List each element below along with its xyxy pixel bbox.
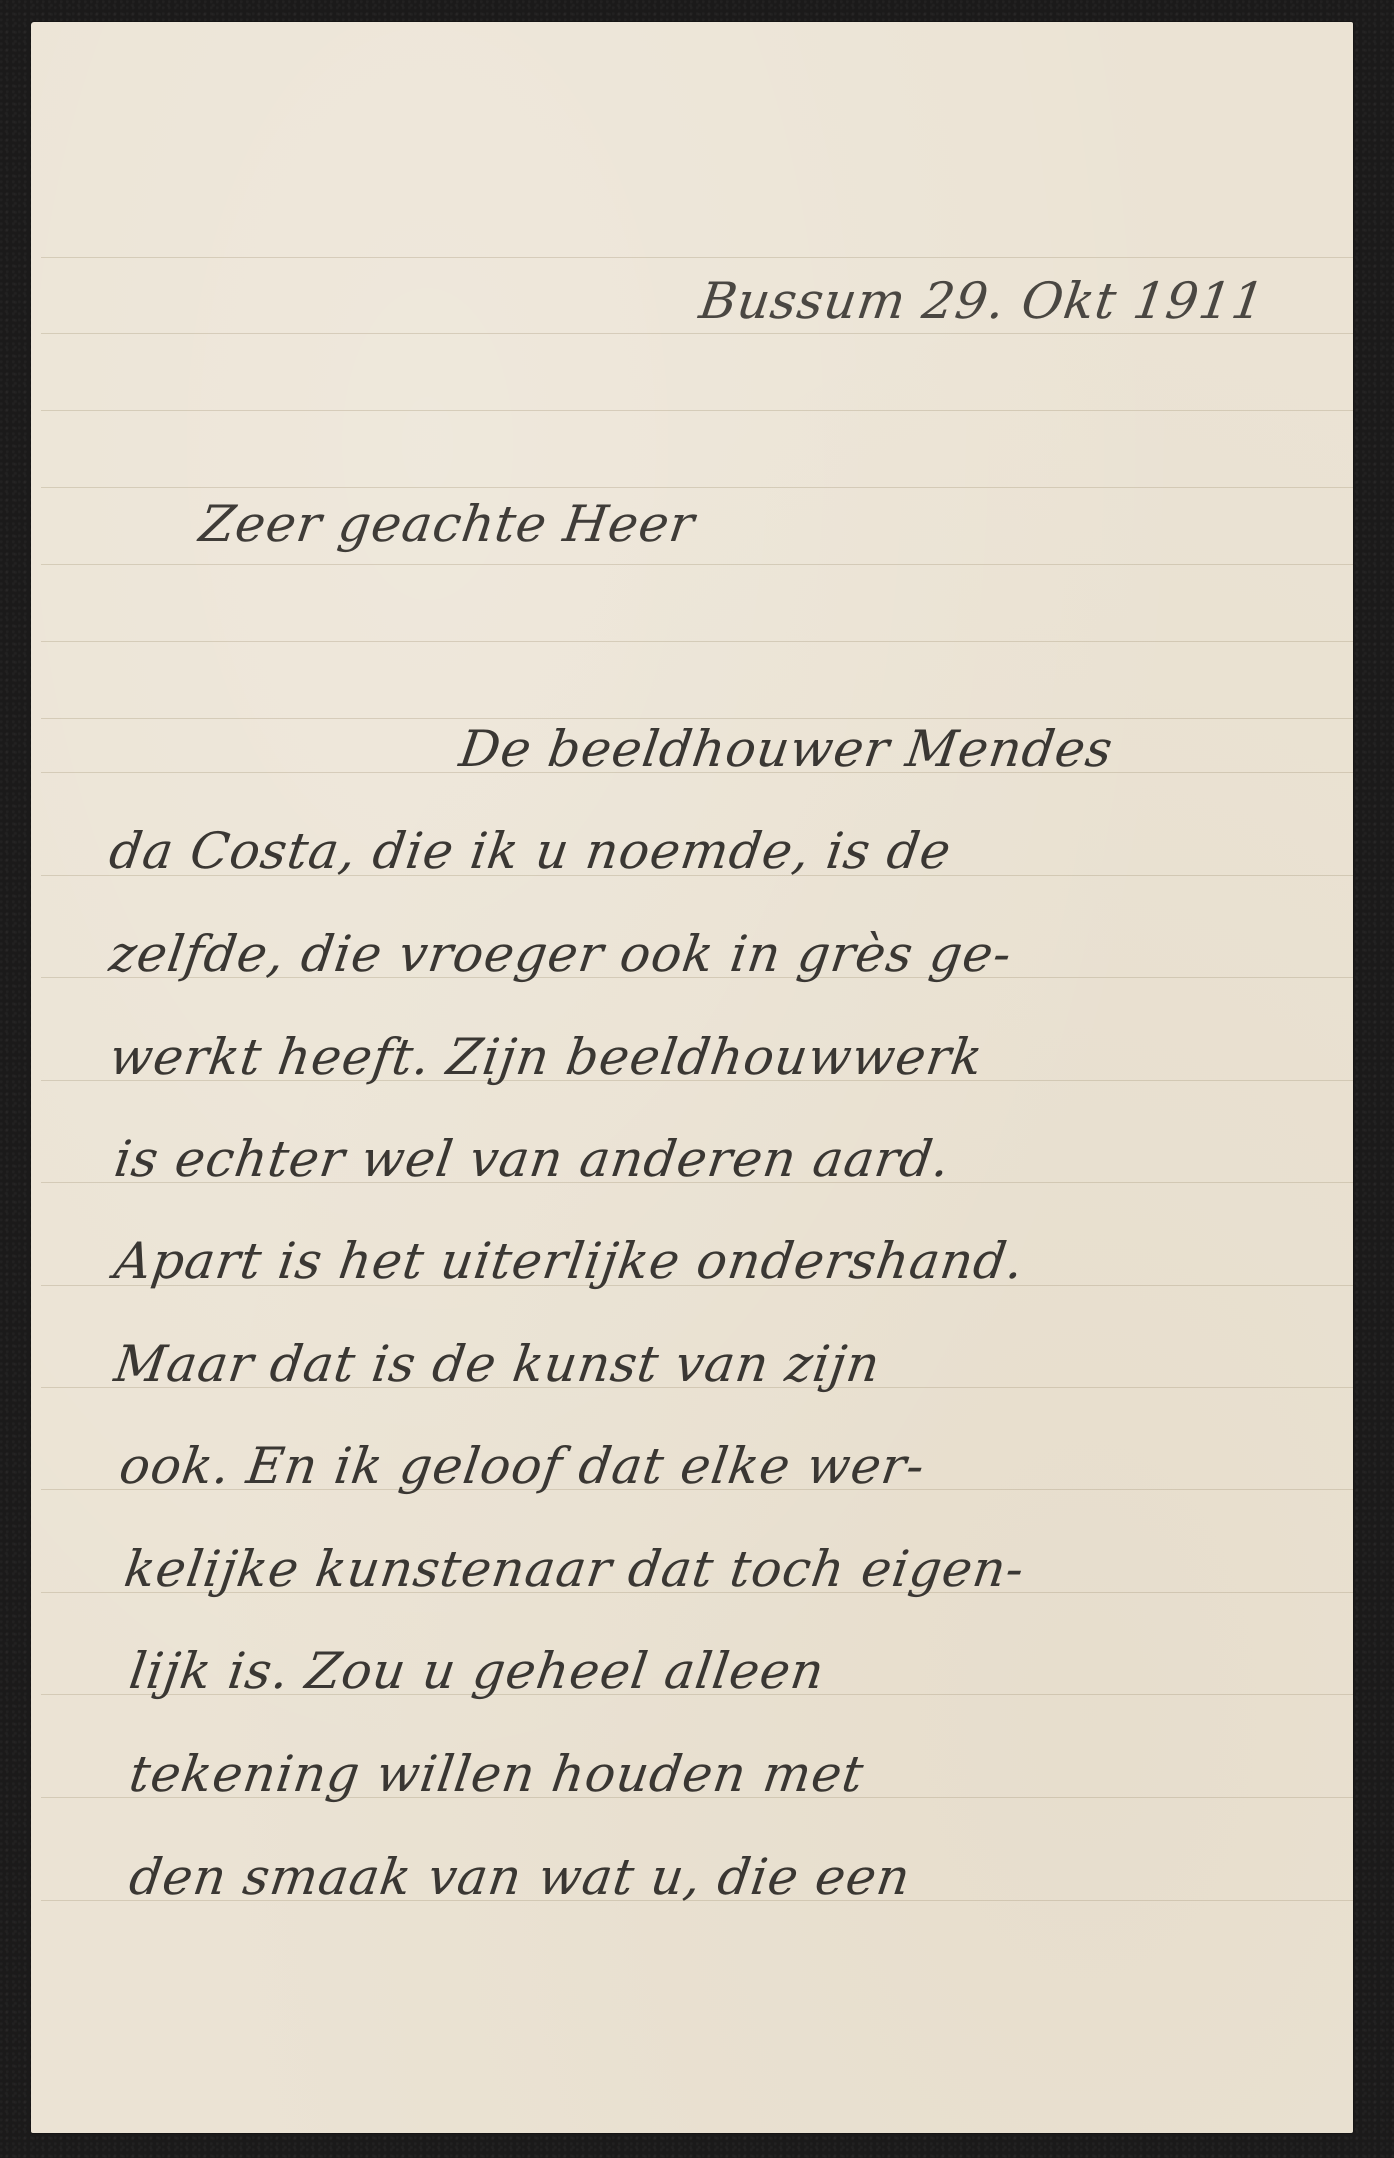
body-line: tekening willen houden met [126, 1745, 868, 1803]
body-line: zelfde, die vroeger ook in grès ge- [106, 925, 1016, 983]
body-line: werkt heeft. Zijn beeldhouwwerk [106, 1028, 987, 1086]
ruled-line [41, 257, 1353, 258]
ruled-line [41, 410, 1353, 411]
letter-dateline: Bussum 29. Okt 1911 [696, 272, 1269, 330]
body-line: lijk is. Zou u geheel alleen [126, 1642, 828, 1700]
body-line: Maar dat is de kunst van zijn [111, 1335, 884, 1393]
body-line: ook. En ik geloof dat elke wer- [116, 1437, 929, 1495]
ruled-line [41, 487, 1353, 488]
body-line: kelijke kunstenaar dat toch eigen- [121, 1540, 1028, 1598]
body-line: Apart is het uiterlijke ondershand. [111, 1232, 1028, 1290]
ruled-line [41, 564, 1353, 565]
ruled-line [41, 718, 1353, 719]
body-line: De beeldhouwer Mendes [456, 720, 1117, 778]
ruled-line [41, 641, 1353, 642]
body-line: den smaak van wat u, die een [126, 1848, 914, 1906]
body-line: da Costa, die ik u noemde, is de [106, 822, 955, 880]
ruled-line [41, 333, 1353, 334]
body-line: is echter wel van anderen aard. [111, 1130, 954, 1188]
letter-salutation: Zeer geachte Heer [196, 495, 699, 553]
